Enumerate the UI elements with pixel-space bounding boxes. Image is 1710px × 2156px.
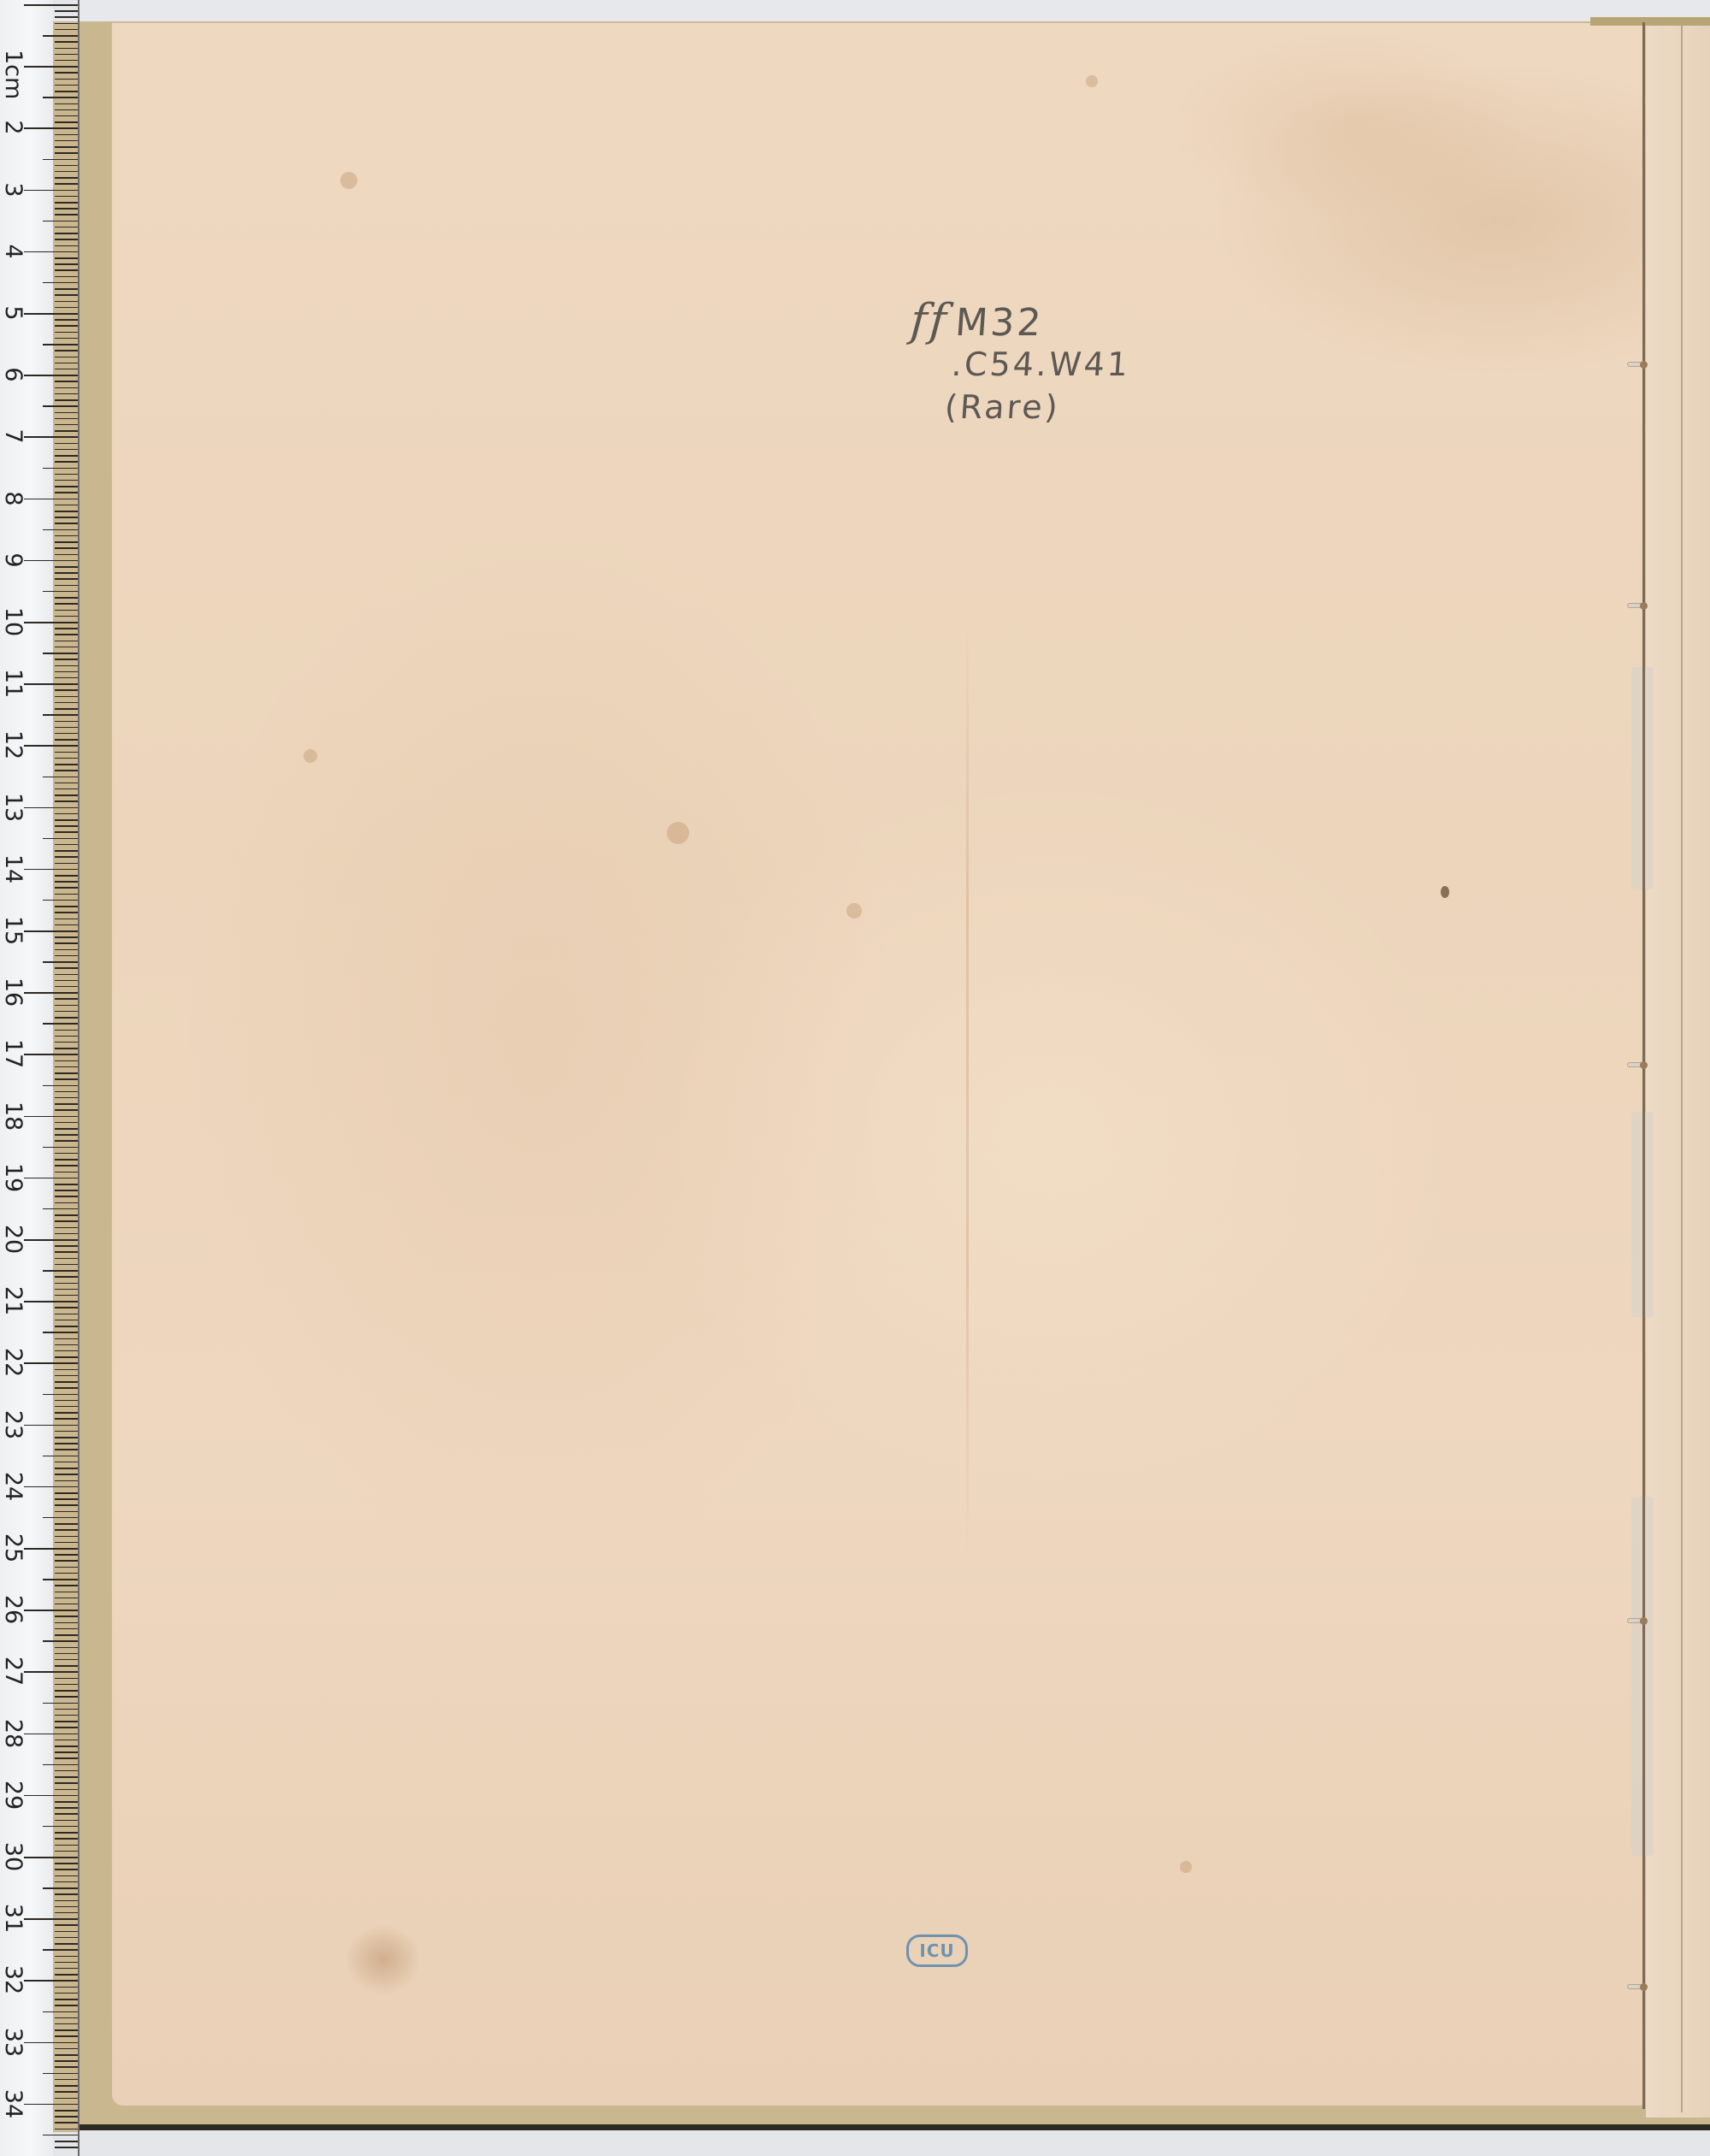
- ruler-tick: [24, 1918, 79, 1920]
- ruler-tick: [55, 1418, 79, 1420]
- ruler-tick: [55, 974, 79, 976]
- ruler-tick: [43, 1517, 79, 1519]
- ruler-tick: [55, 1634, 79, 1636]
- ruler-tick: [55, 1097, 79, 1099]
- ruler-tick: [43, 1270, 79, 1272]
- ruler-tick: [55, 2066, 79, 2068]
- ruler-tick: [55, 1320, 79, 1321]
- ruler-tick: [55, 1449, 79, 1450]
- ruler-tick: [55, 171, 79, 173]
- ruler-tick: [55, 1745, 79, 1747]
- ruler-tick: [55, 1128, 79, 1130]
- spine-secondary-fold: [1681, 26, 1683, 2112]
- ruler-tick: [55, 1338, 79, 1340]
- ruler-tick: [55, 1536, 79, 1538]
- ruler-tick: [55, 578, 79, 580]
- ruler-tick: [55, 1443, 79, 1444]
- ruler-tick: [43, 2135, 79, 2136]
- ruler-cm-label: 10: [0, 605, 26, 638]
- ruler-cm-label: 30: [0, 1840, 26, 1873]
- ruler-cm-label: 21: [0, 1285, 26, 1317]
- ruler-tick: [55, 1801, 79, 1803]
- ruler-tick: [55, 2035, 79, 2037]
- ruler-tick: [55, 1851, 79, 1852]
- ruler-tick: [55, 307, 79, 309]
- ruler-tick: [55, 1956, 79, 1958]
- ruler-tick: [55, 381, 79, 382]
- ruler-tick: [55, 924, 79, 926]
- ruler-tick: [55, 363, 79, 364]
- foxing-spot: [1086, 75, 1098, 87]
- ruler-tick: [55, 1709, 79, 1710]
- foxing-spot: [1180, 1861, 1192, 1873]
- ruler-cm-label: 3: [0, 174, 26, 206]
- library-stamp: ICU: [906, 1934, 968, 1967]
- ruler-tick: [55, 350, 79, 351]
- ruler-tick: [55, 369, 79, 370]
- ruler-tick: [55, 1387, 79, 1389]
- ruler-tick: [24, 375, 79, 376]
- ruler-tick: [55, 2079, 79, 2081]
- ruler-tick: [55, 1344, 79, 1346]
- ruler-tick: [55, 1283, 79, 1285]
- binding-stitch: [1628, 1060, 1650, 1069]
- ruler-tick: [24, 499, 79, 500]
- foxing-spot: [340, 172, 357, 189]
- ruler-tick: [55, 1647, 79, 1649]
- ruler-tick: [55, 727, 79, 729]
- ruler-tick: [43, 221, 79, 222]
- ruler-tick: [55, 60, 79, 62]
- ruler-tick: [55, 1813, 79, 1815]
- ruler-tick: [55, 1356, 79, 1358]
- ruler-tick: [55, 1214, 79, 1216]
- ruler-tick: [43, 714, 79, 716]
- ruler-tick: [55, 319, 79, 321]
- ruler-tick: [43, 591, 79, 593]
- ruler-edge: [78, 0, 80, 2156]
- ruler-cm-label: 28: [0, 1717, 26, 1750]
- ruler-tick: [24, 622, 79, 623]
- ruler-tick: [24, 1857, 79, 1858]
- ruler-tick: [55, 430, 79, 432]
- ruler-tick: [55, 1140, 79, 1142]
- ruler-tick: [24, 1116, 79, 1118]
- ruler-tick: [43, 529, 79, 531]
- ruler-tick: [24, 1734, 79, 1735]
- ruler-tick: [43, 1147, 79, 1149]
- ruler-tick: [55, 1220, 79, 1222]
- binding-stitch: [1628, 360, 1650, 369]
- ruler-tick: [43, 1332, 79, 1333]
- ruler-tick: [55, 461, 79, 463]
- handwritten-call-number: ffM32 .C54.W41 (Rare): [911, 299, 1130, 428]
- ruler-tick: [24, 127, 79, 129]
- ruler-tick: [55, 1893, 79, 1895]
- ruler-tick: [55, 1406, 79, 1408]
- ruler-tick: [55, 887, 79, 889]
- ruler-tick: [55, 825, 79, 827]
- ruler-tick: [55, 1492, 79, 1494]
- ruler-tick: [55, 103, 79, 105]
- ruler-cm-label: 6: [0, 358, 26, 391]
- ruler-cm-label: 4: [0, 235, 26, 268]
- ruler-tick: [55, 1060, 79, 1062]
- ruler-tick: [55, 1845, 79, 1846]
- ruler-tick: [55, 1924, 79, 1926]
- ruler-tick: [55, 357, 79, 358]
- ruler-tick: [24, 313, 79, 315]
- ruler-tick: [55, 1314, 79, 1315]
- ruler-tick: [43, 1085, 79, 1087]
- ruler-tick: [55, 1776, 79, 1778]
- ruler-tick: [55, 1227, 79, 1229]
- ruler-tick: [55, 1048, 79, 1049]
- ruler-tick: [55, 702, 79, 704]
- ruler-tick: [55, 1276, 79, 1278]
- ruler-tick: [24, 869, 79, 871]
- ruler-tick: [55, 1153, 79, 1155]
- call-number-prefix: ff: [909, 295, 951, 346]
- ruler-tick: [55, 1684, 79, 1686]
- ruler-tick: [55, 1468, 79, 1469]
- ruler-cm-label: 9: [0, 544, 26, 576]
- ruler-tick: [55, 1715, 79, 1716]
- ruler-tick: [55, 387, 79, 389]
- ruler-tick: [55, 1592, 79, 1593]
- ruler-tick: [55, 288, 79, 290]
- ruler-tick: [55, 665, 79, 667]
- ruler-cm-label: 8: [0, 482, 26, 515]
- ruler-tick: [43, 1640, 79, 1642]
- binding-strip: [1646, 22, 1710, 2118]
- ruler-cm-label: 27: [0, 1655, 26, 1687]
- ruler-tick: [55, 492, 79, 493]
- ruler-tick: [55, 1326, 79, 1327]
- ruler-tick: [55, 1307, 79, 1308]
- ruler-tick: [55, 1881, 79, 1883]
- ruler-tick: [43, 961, 79, 963]
- ruler-tick: [55, 844, 79, 846]
- ruler-tick: [43, 1579, 79, 1580]
- ruler-tick: [55, 1172, 79, 1173]
- ruler-tick: [55, 1103, 79, 1105]
- ruler-cm-label: 16: [0, 976, 26, 1008]
- ruler-tick: [55, 1622, 79, 1624]
- ruler-tick: [55, 894, 79, 895]
- ruler-tick: [24, 66, 79, 68]
- ruler-tick: [55, 1931, 79, 1933]
- ruler-tick: [55, 208, 79, 210]
- ruler-cm-label: 25: [0, 1532, 26, 1564]
- ruler-tick: [55, 554, 79, 556]
- ruler-tick: [55, 2085, 79, 2087]
- ruler-tick: [55, 800, 79, 802]
- ruler-tick: [55, 418, 79, 420]
- ruler-tick: [55, 671, 79, 673]
- ruler-tick: [55, 739, 79, 741]
- ruler-tick: [24, 745, 79, 747]
- ruler-tick: [55, 603, 79, 605]
- ruler-tick: [55, 1184, 79, 1185]
- ruler-tick: [55, 2060, 79, 2062]
- ruler-tick: [55, 1906, 79, 1908]
- binding-top-edge: [1590, 17, 1710, 26]
- ruler-tick: [24, 190, 79, 192]
- ruler-tick: [55, 1807, 79, 1809]
- ruler-tick: [55, 2098, 79, 2100]
- ruler-tick: [24, 2104, 79, 2106]
- ruler-tick: [55, 85, 79, 86]
- binding-stitch: [1628, 601, 1650, 610]
- ruler-tick: [55, 183, 79, 185]
- ruler-tick: [55, 1789, 79, 1791]
- ruler-tick: [43, 838, 79, 840]
- ruler-tick: [55, 1011, 79, 1013]
- ruler-tick: [55, 109, 79, 111]
- ruler-tick: [55, 1962, 79, 1964]
- ruler-tick: [55, 301, 79, 303]
- ruler-tick: [24, 1548, 79, 1550]
- ruler-tick: [55, 202, 79, 204]
- ruler-cm-label: 13: [0, 791, 26, 824]
- ruler-tick: [55, 535, 79, 537]
- ruler-tick: [55, 1005, 79, 1007]
- ruler-cm-label: 20: [0, 1223, 26, 1255]
- ruler-tick: [24, 1980, 79, 1982]
- ruler-tick: [55, 1690, 79, 1692]
- foxing-spot: [667, 822, 689, 844]
- ruler-cm-label: 15: [0, 914, 26, 947]
- ruler-tick: [55, 1665, 79, 1667]
- ruler-tick: [55, 1542, 79, 1544]
- ruler-tick: [43, 344, 79, 346]
- ruler-tick: [55, 1653, 79, 1655]
- ruler-tick: [55, 547, 79, 549]
- ruler-tick: [55, 1264, 79, 1266]
- ruler-tick: [55, 770, 79, 771]
- ruler-tick: [55, 2129, 79, 2130]
- ruler-tick: [55, 1869, 79, 1870]
- ruler-tick: [24, 251, 79, 253]
- ruler-tick: [55, 708, 79, 710]
- ruler-tick: [55, 2054, 79, 2056]
- ruler-tick: [43, 1456, 79, 1457]
- ruler-tick: [55, 1659, 79, 1661]
- ruler-tick: [55, 393, 79, 395]
- ruler-tick: [55, 227, 79, 228]
- ruler-tick: [55, 1875, 79, 1877]
- ruler-tick: [55, 486, 79, 487]
- ruler-tick: [55, 1968, 79, 1970]
- ruler-cm-label: 22: [0, 1346, 26, 1379]
- ruler-tick: [55, 1838, 79, 1840]
- ruler-tick: [55, 641, 79, 642]
- ruler-cm-label: 23: [0, 1409, 26, 1441]
- ruler-tick: [55, 1573, 79, 1574]
- ruler-cm-label: 19: [0, 1161, 26, 1194]
- ruler-tick: [55, 572, 79, 574]
- ruler-tick: [55, 1554, 79, 1556]
- ruler-tick: [55, 1912, 79, 1914]
- ruler-tick: [55, 881, 79, 883]
- ruler-tick: [55, 1628, 79, 1630]
- ruler-tick: [24, 436, 79, 438]
- ruler-tick: [55, 214, 79, 216]
- ruler-tick: [55, 1251, 79, 1253]
- ruler-cm-label: 18: [0, 1100, 26, 1132]
- ruler-tick: [43, 97, 79, 98]
- ruler-tick: [55, 115, 79, 117]
- ruler-tick: [55, 1474, 79, 1475]
- ruler-tick: [55, 1782, 79, 1784]
- ruler-tick: [24, 930, 79, 932]
- ruler-tick: [55, 1375, 79, 1377]
- ruler-tick: [55, 1122, 79, 1124]
- ruler-tick: [24, 1239, 79, 1241]
- ruler-tick: [55, 332, 79, 334]
- ruler-cm-label: 7: [0, 420, 26, 452]
- ruler-tick: [55, 121, 79, 123]
- ruler-tick: [55, 1937, 79, 1939]
- ruler-tick: [55, 1109, 79, 1111]
- ruler-tick: [55, 998, 79, 1000]
- ruler-tick: [55, 1498, 79, 1500]
- ruler-tick: [55, 2048, 79, 2050]
- ruler-tick: [55, 1165, 79, 1167]
- ruler-tick: [55, 2017, 79, 2019]
- ruler-tick: [43, 1949, 79, 1951]
- ruler-tick: [43, 1826, 79, 1828]
- ruler-cm-label: 24: [0, 1470, 26, 1503]
- ruler-tick: [55, 1993, 79, 1994]
- ruler-tick: [55, 659, 79, 660]
- call-number-line-2: .C54.W41: [950, 343, 1131, 386]
- ruler-tick: [55, 165, 79, 167]
- ruler-tick: [55, 1202, 79, 1204]
- ruler-tick: [55, 986, 79, 988]
- ruler-tick: [55, 794, 79, 796]
- ruler-tick: [55, 1567, 79, 1568]
- ruler-tick: [55, 1598, 79, 1599]
- ruler-tick: [55, 1616, 79, 1617]
- foxing-spot: [1441, 886, 1449, 898]
- ruler-tick: [55, 1740, 79, 1741]
- ruler-tick: [55, 1585, 79, 1586]
- ruler-tick: [24, 1795, 79, 1797]
- ruler-tick: [24, 807, 79, 809]
- ruler-tick: [55, 152, 79, 154]
- ruler-tick: [55, 1523, 79, 1525]
- ruler-tick: [55, 1233, 79, 1235]
- foxing-spot: [846, 903, 862, 919]
- ruler-tick: [55, 1091, 79, 1093]
- ruler-tick: [43, 468, 79, 470]
- ruler-tick: [55, 906, 79, 907]
- ruler-tick: [55, 1504, 79, 1506]
- ruler-tick: [55, 276, 79, 278]
- ruler-cm-label: 1cm: [0, 50, 26, 82]
- ruler-tick: [55, 2122, 79, 2124]
- ruler-tick: [55, 813, 79, 815]
- ruler-tick: [55, 1696, 79, 1698]
- scanner-background: [79, 0, 1710, 21]
- ruler-tick: [55, 912, 79, 913]
- ruler-tick: [43, 2073, 79, 2075]
- ruler-tick: [55, 2141, 79, 2142]
- ruler-tick: [55, 789, 79, 790]
- ruler-tick: [55, 541, 79, 543]
- ruler-tick: [55, 819, 79, 821]
- ruler-tick: [55, 72, 79, 74]
- ruler-cm-label: 12: [0, 729, 26, 761]
- ruler-tick: [55, 16, 79, 18]
- ruler-cm-label: 34: [0, 2088, 26, 2120]
- ruler-tick: [55, 511, 79, 512]
- ruler-cm-label: 17: [0, 1037, 26, 1070]
- ruler-tick: [55, 1511, 79, 1513]
- ruler-tick: [55, 480, 79, 481]
- call-number-line-1: ffM32: [909, 299, 1132, 345]
- ruler-tick: [55, 2147, 79, 2148]
- ruler-tick: [55, 1412, 79, 1414]
- ruler-tick: [55, 1721, 79, 1722]
- ruler-tick: [55, 443, 79, 445]
- ruler-tick: [55, 1820, 79, 1822]
- ruler-tick: [55, 505, 79, 506]
- ruler-tick: [43, 1208, 79, 1210]
- ruler-cm-label: 5: [0, 297, 26, 329]
- ruler-tick: [55, 269, 79, 271]
- ruler-tick: [55, 1770, 79, 1772]
- ruler-tick: [55, 1462, 79, 1463]
- ruler-tick: [55, 91, 79, 92]
- ruler-tick: [55, 449, 79, 451]
- ruler-tick: [55, 733, 79, 735]
- ruler-tick: [55, 2091, 79, 2093]
- ruler-tick: [55, 196, 79, 198]
- ruler-tick: [55, 634, 79, 635]
- ruler-tick: [55, 1017, 79, 1019]
- ruler-tick: [55, 23, 79, 25]
- ruler-tick: [55, 1295, 79, 1297]
- binding-stitch: [1628, 1616, 1650, 1625]
- ruler-tick: [55, 1757, 79, 1759]
- ruler-tick: [55, 1134, 79, 1136]
- ruler-tick: [55, 1078, 79, 1080]
- ruler-tick: [55, 831, 79, 833]
- ruler-tick: [43, 35, 79, 37]
- ruler-tick: [24, 2042, 79, 2044]
- ruler-tick: [55, 455, 79, 457]
- ruler-tick: [55, 764, 79, 765]
- ruler-tick: [55, 1350, 79, 1352]
- ruler-tick: [55, 1999, 79, 2000]
- ruler-tick: [55, 856, 79, 858]
- ruler-tick: [55, 949, 79, 951]
- ruler-tick: [55, 263, 79, 265]
- ruler-tick: [43, 1764, 79, 1766]
- ruler-cm-label: 32: [0, 1964, 26, 1996]
- ruler-tick: [24, 992, 79, 994]
- ruler-tick: [55, 2029, 79, 2031]
- ruler-tick: [55, 412, 79, 414]
- ruler-tick: [24, 683, 79, 685]
- ruler-tick: [55, 325, 79, 327]
- ruler-tick: [55, 177, 79, 179]
- ruler-tick: [43, 653, 79, 654]
- ruler-tick: [55, 758, 79, 759]
